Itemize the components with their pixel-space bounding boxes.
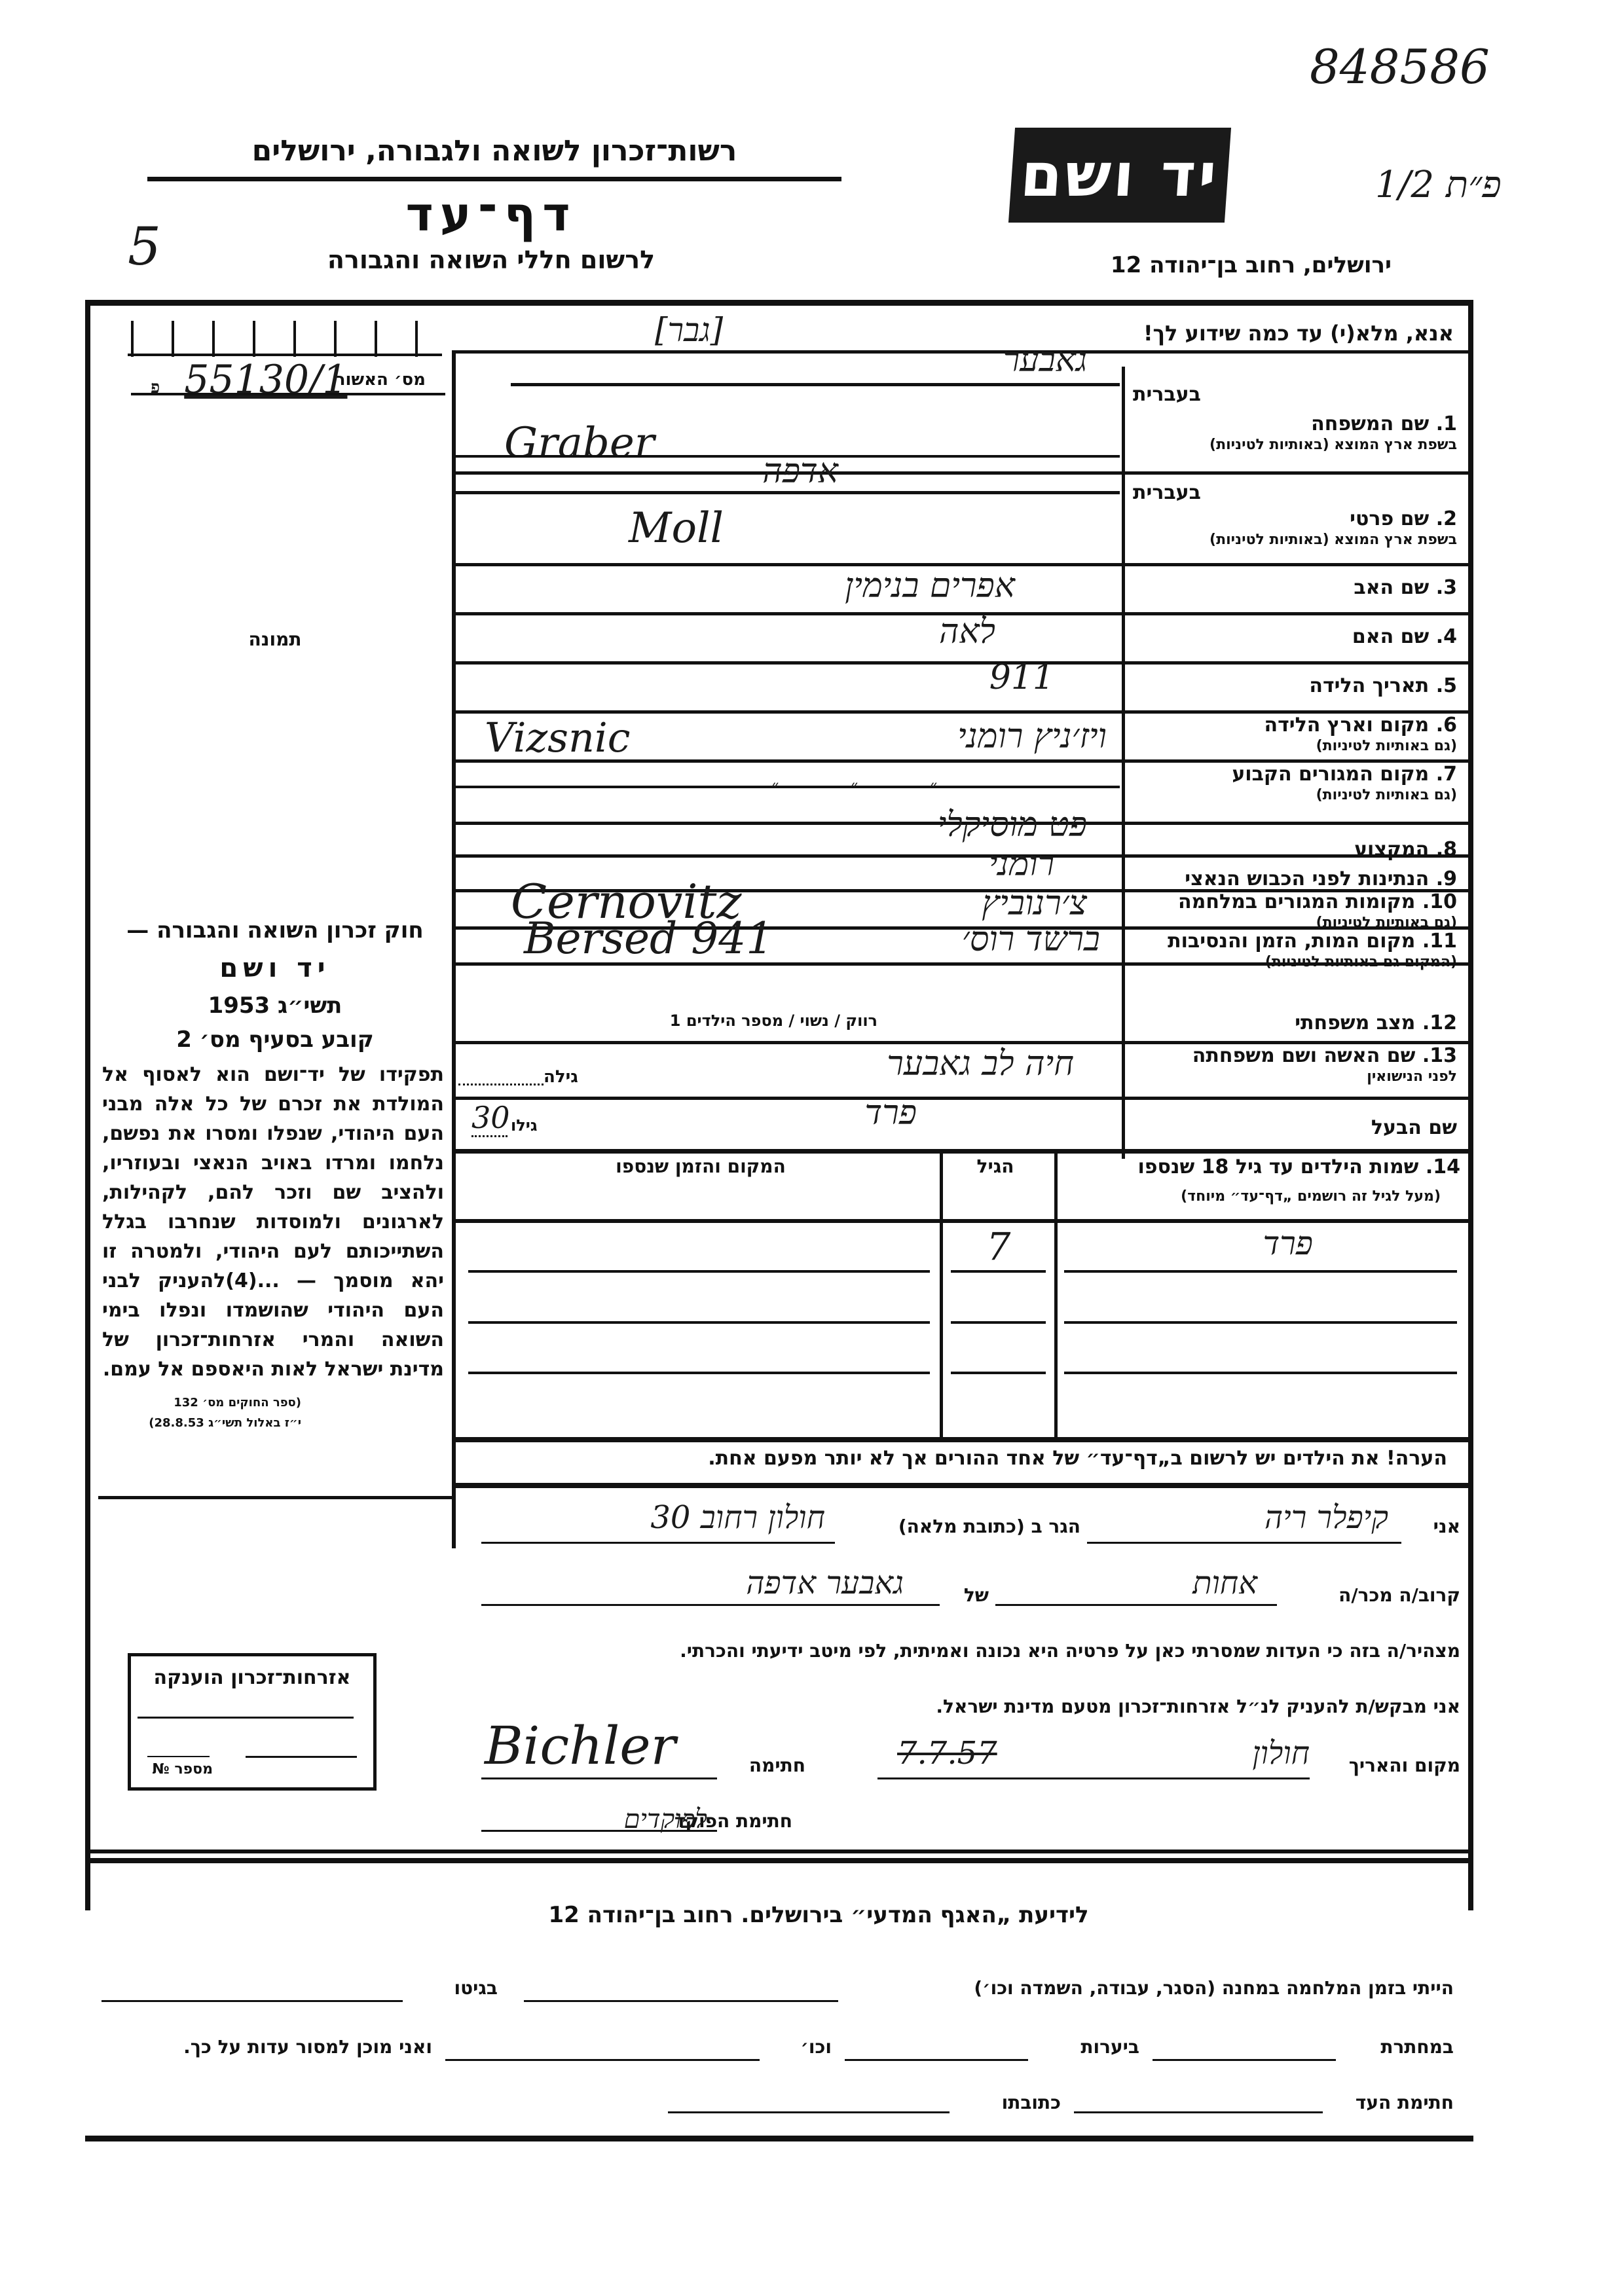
table-row-line (1064, 1270, 1457, 1273)
digit-box-tick (212, 321, 215, 357)
divider (85, 2136, 1473, 2141)
relation-line (995, 1604, 1277, 1606)
digit-box-tick (375, 321, 377, 357)
notice-forests-label: ביערות (1035, 2036, 1139, 2058)
profession-field[interactable]: פט מוסיקלי (471, 805, 1113, 845)
residence-field[interactable]: ״ ״ ״ (471, 776, 1113, 799)
table-row-line (951, 1270, 1046, 1273)
field-7-label: 7. מקום המגורים הקבוע(גם באותיות לטיניות… (1130, 763, 1457, 803)
place-date-line (877, 1777, 1310, 1779)
notice-address-label: כתובתו (963, 2092, 1061, 2113)
table-row-line (468, 1270, 930, 1273)
field-13-label: 13. שם האשה ושם משפחתהלפני הנישואין (1130, 1044, 1457, 1085)
field-1-hebrew-tag: בעברית (1133, 383, 1201, 406)
relation-field[interactable]: אחות (1008, 1565, 1257, 1601)
field-number: 9. (1436, 867, 1457, 890)
signature-field[interactable]: Bichler (485, 1715, 676, 1776)
stamp-title: אזרחות־זכרון הוענקה (147, 1666, 357, 1689)
digit-box-tick (253, 321, 255, 357)
surname-hebrew-field[interactable]: גאבער (471, 340, 1113, 380)
table-row-line (468, 1372, 930, 1374)
citizenship-request: אני מבקש/ת להעניק לנ״ל אזרחות־זכרון מטעם… (655, 1696, 1460, 1717)
mother-name-field[interactable]: לאה (471, 612, 1113, 651)
children-place-header: המקום והזמן שנספו (471, 1156, 930, 1177)
death-place-hebrew-field[interactable]: ברשד רוס׳ (471, 920, 1113, 959)
notice-camp-line[interactable] (524, 2000, 838, 2002)
date-field[interactable]: 7.7.57 (897, 1735, 1094, 1772)
husband-name-field[interactable]: פרד (471, 1093, 1113, 1133)
frame-border (85, 300, 1473, 306)
victim-name-line (481, 1604, 940, 1606)
field-sublabel: בשפת ארץ המוצא (באותיות לטיניות) (1130, 532, 1457, 548)
field-1-label: 1. שם המשפחהבשפת ארץ המוצא (באותיות לטינ… (1130, 412, 1457, 453)
field-10-label: 10. מקומות המגורים במלחמה(גם באותיות לטי… (1130, 890, 1457, 931)
form-title: דף־עד (367, 187, 616, 242)
declarant-name-field[interactable]: קיפלר ריה (1100, 1499, 1388, 1536)
table-row-line (1064, 1372, 1457, 1374)
field-label-text: שם האם (1352, 625, 1429, 648)
field-sublabel: בשפת ארץ המוצא (באותיות לטיניות) (1130, 437, 1457, 453)
wife-name-field[interactable]: חיה לב גאבער (471, 1044, 1113, 1084)
field-label-text: מקום וארץ הלידה (1264, 714, 1430, 737)
children-name-header: 14. שמות הילדים עד גיל 18 שנספו (1061, 1156, 1460, 1178)
law-line-1: חוק זכרון השואה והגבורה — (98, 913, 452, 948)
divider (131, 393, 445, 395)
child-1-age[interactable]: 7 (950, 1224, 1048, 1269)
declaration-statement: מצהיר/ה בזה כי העדות שמסרתי כאן על פרטיה… (452, 1640, 1460, 1662)
stamp-line (147, 1756, 210, 1757)
field-2-label: 2. שם פרטיבשפת ארץ המוצא (באותיות לטיניו… (1130, 507, 1457, 548)
field-label-text: שם האב (1354, 576, 1429, 599)
permit-number: 55130/1 (184, 357, 347, 403)
digit-box-tick (131, 321, 134, 357)
field-number: 11. (1422, 930, 1457, 953)
husband-name-label: שם הבעל (1130, 1116, 1457, 1139)
notice-witness-signature-line[interactable] (1074, 2111, 1323, 2113)
field-number: 4. (1436, 625, 1457, 648)
of-label: של (943, 1584, 989, 1606)
field-6-label: 6. מקום וארץ הלידה(גם באותיות לטיניות) (1130, 714, 1457, 754)
address-label: הגר ב (כתובת מלאה) (838, 1516, 1080, 1537)
marital-status-field[interactable]: רווק / נשוי / מספר הילדים 1 (471, 1011, 1113, 1030)
table-row-line (951, 1372, 1046, 1374)
notice-address-line[interactable] (668, 2111, 950, 2113)
digit-box-baseline (128, 354, 442, 356)
notice-title: לידיעת „האגף המדעי״ בירושלים. רחוב בן־יה… (458, 1902, 1179, 1928)
form-subtitle: לרשום חללי השואה והגבורה (223, 246, 760, 274)
field-line (511, 383, 1120, 386)
field-sublabel: (גם באותיות לטיניות) (1130, 787, 1457, 803)
child-1-name[interactable]: פרד (1064, 1224, 1444, 1262)
victim-name-field[interactable]: גאבער אדפה (511, 1565, 904, 1601)
column-divider (940, 1152, 943, 1440)
declarant-name-line (1087, 1542, 1401, 1544)
relation-label: קרוב/ה מכר/ה (1283, 1584, 1460, 1606)
field-label-text: מצב משפחתי (1295, 1011, 1415, 1034)
notice-etc-label: וכו׳ (779, 2036, 832, 2058)
field-label-text: מקומות המגורים במלחמה (1178, 890, 1415, 913)
stamp-number-label: מספר № (141, 1761, 213, 1777)
photo-placeholder-label: תמונה (236, 629, 314, 650)
field-4-label: 4. שם האם (1130, 625, 1457, 648)
signature-line (481, 1777, 717, 1779)
child-1-place[interactable] (471, 1224, 930, 1267)
frame-border (85, 300, 90, 1910)
digit-box-tick (334, 321, 337, 357)
divider (85, 1850, 1473, 1853)
field-line (455, 491, 1120, 494)
field-number: 7. (1436, 763, 1457, 786)
table-row-line (951, 1321, 1046, 1324)
field-label-text: שם המשפחה (1311, 412, 1429, 435)
handwritten-side-note: פ״ת 1/2 (1375, 164, 1502, 206)
table-row-line (468, 1321, 930, 1324)
notice-etc-line[interactable] (445, 2059, 760, 2061)
declarant-address-line (481, 1542, 835, 1544)
father-name-field[interactable]: אפרים בנימין (471, 566, 1113, 606)
notice-witness-signature-label: חתימת העד (1329, 2092, 1454, 2113)
table-row-divider (455, 1219, 1470, 1223)
field-label-text: תאריך הלידה (1309, 674, 1429, 697)
children-name-subheader: (מעל לגיל זה רושמים „דף־עד״ מיוחד) (1061, 1188, 1441, 1205)
wife-age-line[interactable] (458, 1084, 544, 1085)
notice-camp-label: הייתי בזמן המלחמה במחנה (הסגר, עבודה, הש… (851, 1977, 1454, 1999)
field-number: 1. (1436, 412, 1457, 435)
notice-forests-line[interactable] (845, 2059, 1028, 2061)
field-label-text: שם פרטי (1350, 507, 1429, 530)
column-divider (452, 350, 456, 1548)
birth-date-field[interactable]: 911 (471, 658, 1113, 697)
field-sublabel: (גם באותיות לטיניות) (1130, 738, 1457, 754)
note-text: הערה! את הילדים יש לרשום ב„דף־עד״ של אחד… (478, 1447, 1447, 1470)
divider (147, 177, 841, 181)
column-divider (1054, 1152, 1058, 1440)
notice-ghetto-line[interactable] (101, 2000, 403, 2002)
digit-box-tick (172, 321, 174, 357)
field-number: 2. (1436, 507, 1457, 530)
official-signature-field[interactable]: לפוקדים (498, 1804, 707, 1834)
children-age-header: הגיל (946, 1156, 1044, 1177)
field-number: 5. (1436, 674, 1457, 697)
field-3-label: 3. שם האב (1130, 576, 1457, 599)
address: ירושלים, רחוב בן־יהודה 12 (1025, 252, 1392, 278)
frame-border (1468, 300, 1473, 1910)
signature-label: חתימה (720, 1755, 805, 1776)
yad-vashem-logo: יד ושם (1008, 128, 1231, 223)
field-number: 6. (1436, 714, 1457, 737)
field-number: 13. (1422, 1044, 1457, 1067)
birth-place-hebrew-field[interactable]: ויז׳ניץ רומני (471, 717, 1113, 756)
place-field[interactable]: חולון (1113, 1735, 1310, 1772)
divider (455, 1437, 1470, 1442)
permit-number-value[interactable]: פ 55130/1 (151, 357, 348, 403)
law-body: תפקידו של יד־ושם הוא לאסוף אל המולדת את … (98, 1060, 452, 1384)
divider (85, 1858, 1473, 1863)
law-source-1: (ספר החוקים מס׳ 132 (98, 1393, 452, 1413)
field-label-text: מקום המגורים הקבוע (1232, 763, 1429, 786)
digit-box-tick (415, 321, 418, 357)
place-date-label: מקום והאריך (1316, 1755, 1460, 1776)
law-excerpt: חוק זכרון השואה והגבורה — יד ושם תשי״ג 1… (98, 913, 452, 1433)
notice-underground-label: במחתרת (1342, 2036, 1454, 2058)
fill-instruction: אנא, מלא(י) עד כמה שידוע לך! (1113, 321, 1454, 346)
law-line-3: תשי״ג 1953 (98, 989, 452, 1023)
field-sublabel: לפני הנישואין (1130, 1068, 1457, 1085)
divider (455, 1149, 1470, 1154)
field-number: 10. (1422, 890, 1457, 913)
page-mark: 5 (128, 216, 161, 277)
field-number: 3. (1436, 576, 1457, 599)
column-divider (1122, 367, 1125, 1159)
field-label-text: שם האשה ושם משפחתה (1192, 1044, 1416, 1067)
stamp-line (246, 1756, 357, 1758)
organization-title: רשות־זכרון לשואה ולגבורה, ירושלים (147, 134, 841, 168)
field-label-text: הנתינות לפני הכבוש הנאצי (1185, 867, 1429, 890)
field-2-hebrew-tag: בעברית (1133, 481, 1201, 504)
field-9-label: 9. הנתינות לפני הכבוש הנאצי (1130, 867, 1457, 890)
table-row-line (1064, 1321, 1457, 1324)
declarant-address-field[interactable]: חולון רחוב 30 (485, 1499, 825, 1536)
digit-box-tick (293, 321, 296, 357)
firstname-hebrew-field[interactable]: אדפה (471, 452, 1113, 491)
field-number: 12. (1422, 1011, 1457, 1034)
archive-reference-number: 848586 (1310, 39, 1490, 94)
divider (98, 1496, 452, 1499)
notice-ghetto-label: בגיטו (413, 1977, 498, 1999)
field-5-label: 5. תאריך הלידה (1130, 674, 1457, 697)
law-line-2: יד ושם (98, 948, 452, 989)
notice-ready-text: ואני מוכן למסור עדות על כך. (98, 2036, 432, 2058)
divider (455, 1483, 1470, 1488)
law-source-2: י״ז באלול תשי״ג 28.8.53) (98, 1413, 452, 1434)
logo-text: יד ושם (1018, 140, 1221, 210)
stamp-line (138, 1717, 354, 1719)
field-label-text: שם הבעל (1371, 1116, 1457, 1139)
law-line-4: קובע בסעיף מס׳ 2 (98, 1023, 452, 1057)
field-12-label: 12. מצב משפחתי (1130, 1011, 1457, 1034)
declaration-i-label: אני (1408, 1516, 1460, 1537)
notice-underground-line[interactable] (1153, 2059, 1336, 2061)
firstname-latin-field[interactable]: Moll (471, 504, 1113, 553)
field-label-text: מקום המות, הזמן והנסיבות (1168, 930, 1415, 953)
